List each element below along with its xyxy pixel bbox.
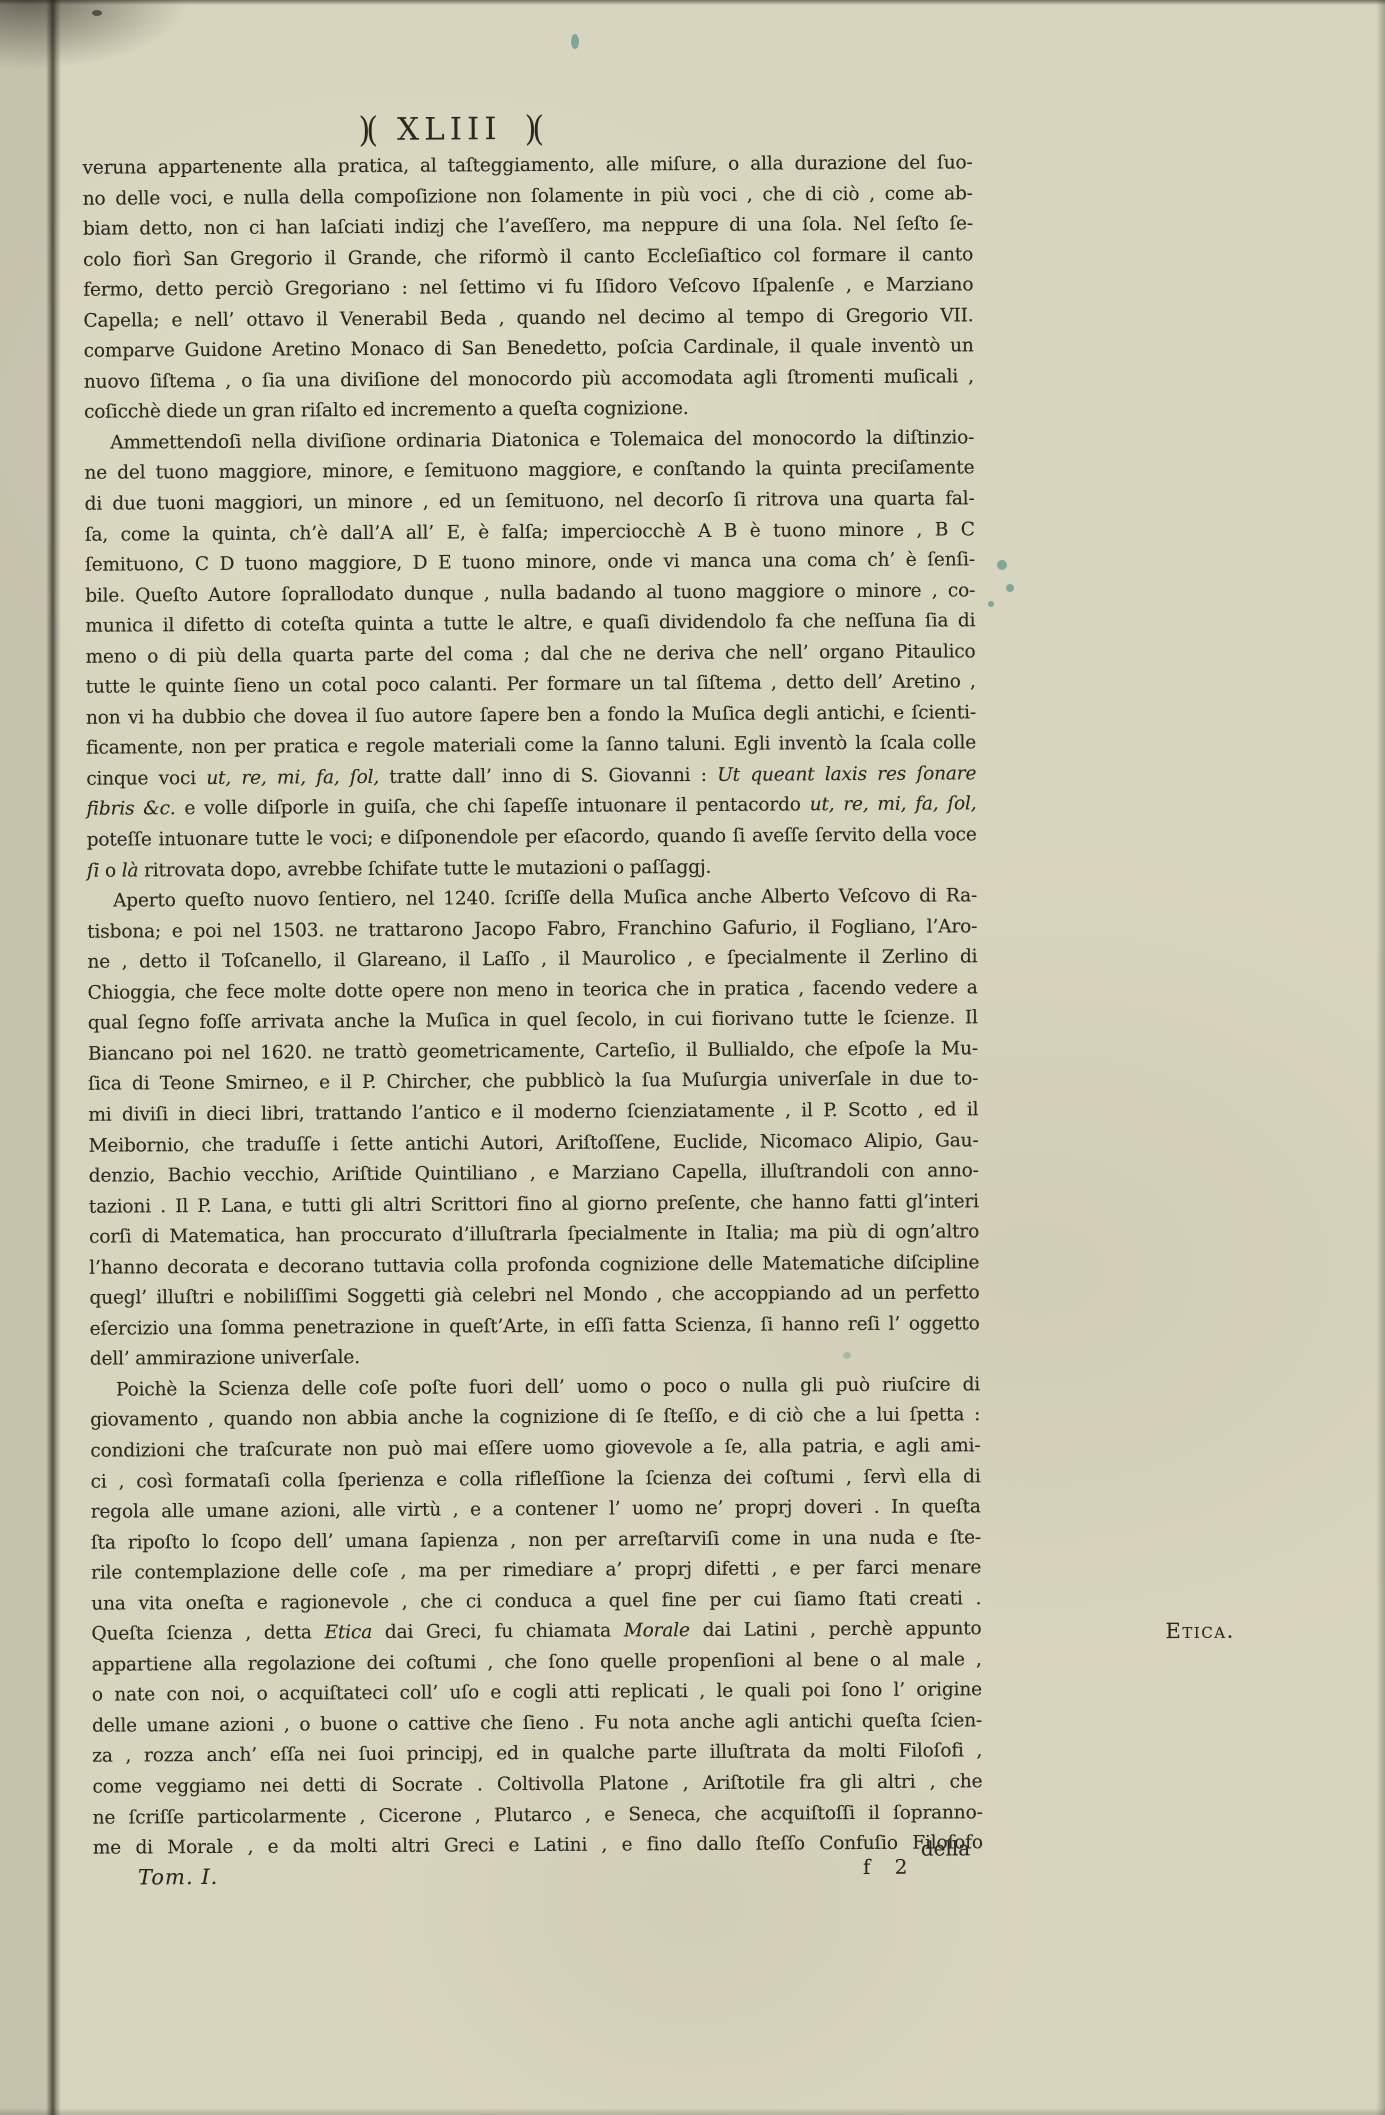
text-line: biam detto, non ci han laſciati indizj c… [83,209,973,245]
text-line: veruna appartenente alla pratica, al taſ… [82,148,972,184]
catchword: della [921,1836,971,1860]
text-line: mi diviſi in dieci libri, trattando l’an… [88,1095,978,1131]
volume-label: Tom. I. [138,1865,218,1889]
text-line: corſi di Matematica, han proccurato d’il… [89,1217,979,1253]
text-line: condizioni che traſcurate non può mai eſ… [90,1431,980,1467]
margin-note: Etica. [1165,1619,1234,1643]
text-line: munica il difetto di coteſta quinta a tu… [85,606,975,642]
signature-mark: f 2 [863,1855,917,1879]
text-line: ne , detto il Toſcanello, il Glareano, i… [87,942,977,978]
page-header: )( XLIII )( [4,109,894,150]
text-line: eſercizio una ſomma penetrazione in queſ… [90,1309,980,1345]
text-block: veruna appartenente alla pratica, al taſ… [82,148,982,1864]
text-line: Aperto queſto nuovo ſentiero, nel 1240. … [87,881,977,917]
header-ornament-left: )( [358,110,374,150]
text-line: rile contemplazione delle coſe , ma per … [91,1553,981,1589]
text-line: denzio, Bachio vecchio, Ariſtide Quintil… [89,1156,979,1192]
text-line: di due tuoni maggiori, un minore , ed un… [85,484,975,520]
page-number: XLIII [397,111,502,148]
header-ornament-right: )( [525,109,541,149]
page-footer: Tom. I. f 2 della [0,0,1379,4]
book-page: )( XLIII )( veruna appartenente alla pra… [0,0,1385,2115]
text-line: come veggiamo nei detti di Socrate . Col… [92,1767,982,1803]
text-line: ſemituono, C D tuono maggiore, D E tuono… [85,545,975,581]
text-line: poteſſe intuonare tutte le voci; e diſpo… [87,820,977,856]
text-line: fermo, detto perciò Gregoriano : nel ſet… [83,270,973,306]
text-line: regola alle umane azioni, alle virtù , e… [91,1492,981,1528]
text-line: me di Morale , e da molti altri Greci e … [93,1828,983,1864]
text-line: nuovo ſiſtema , o ſia una diviſione del … [84,362,974,398]
page-content: )( XLIII )( veruna appartenente alla pra… [0,0,1385,2115]
